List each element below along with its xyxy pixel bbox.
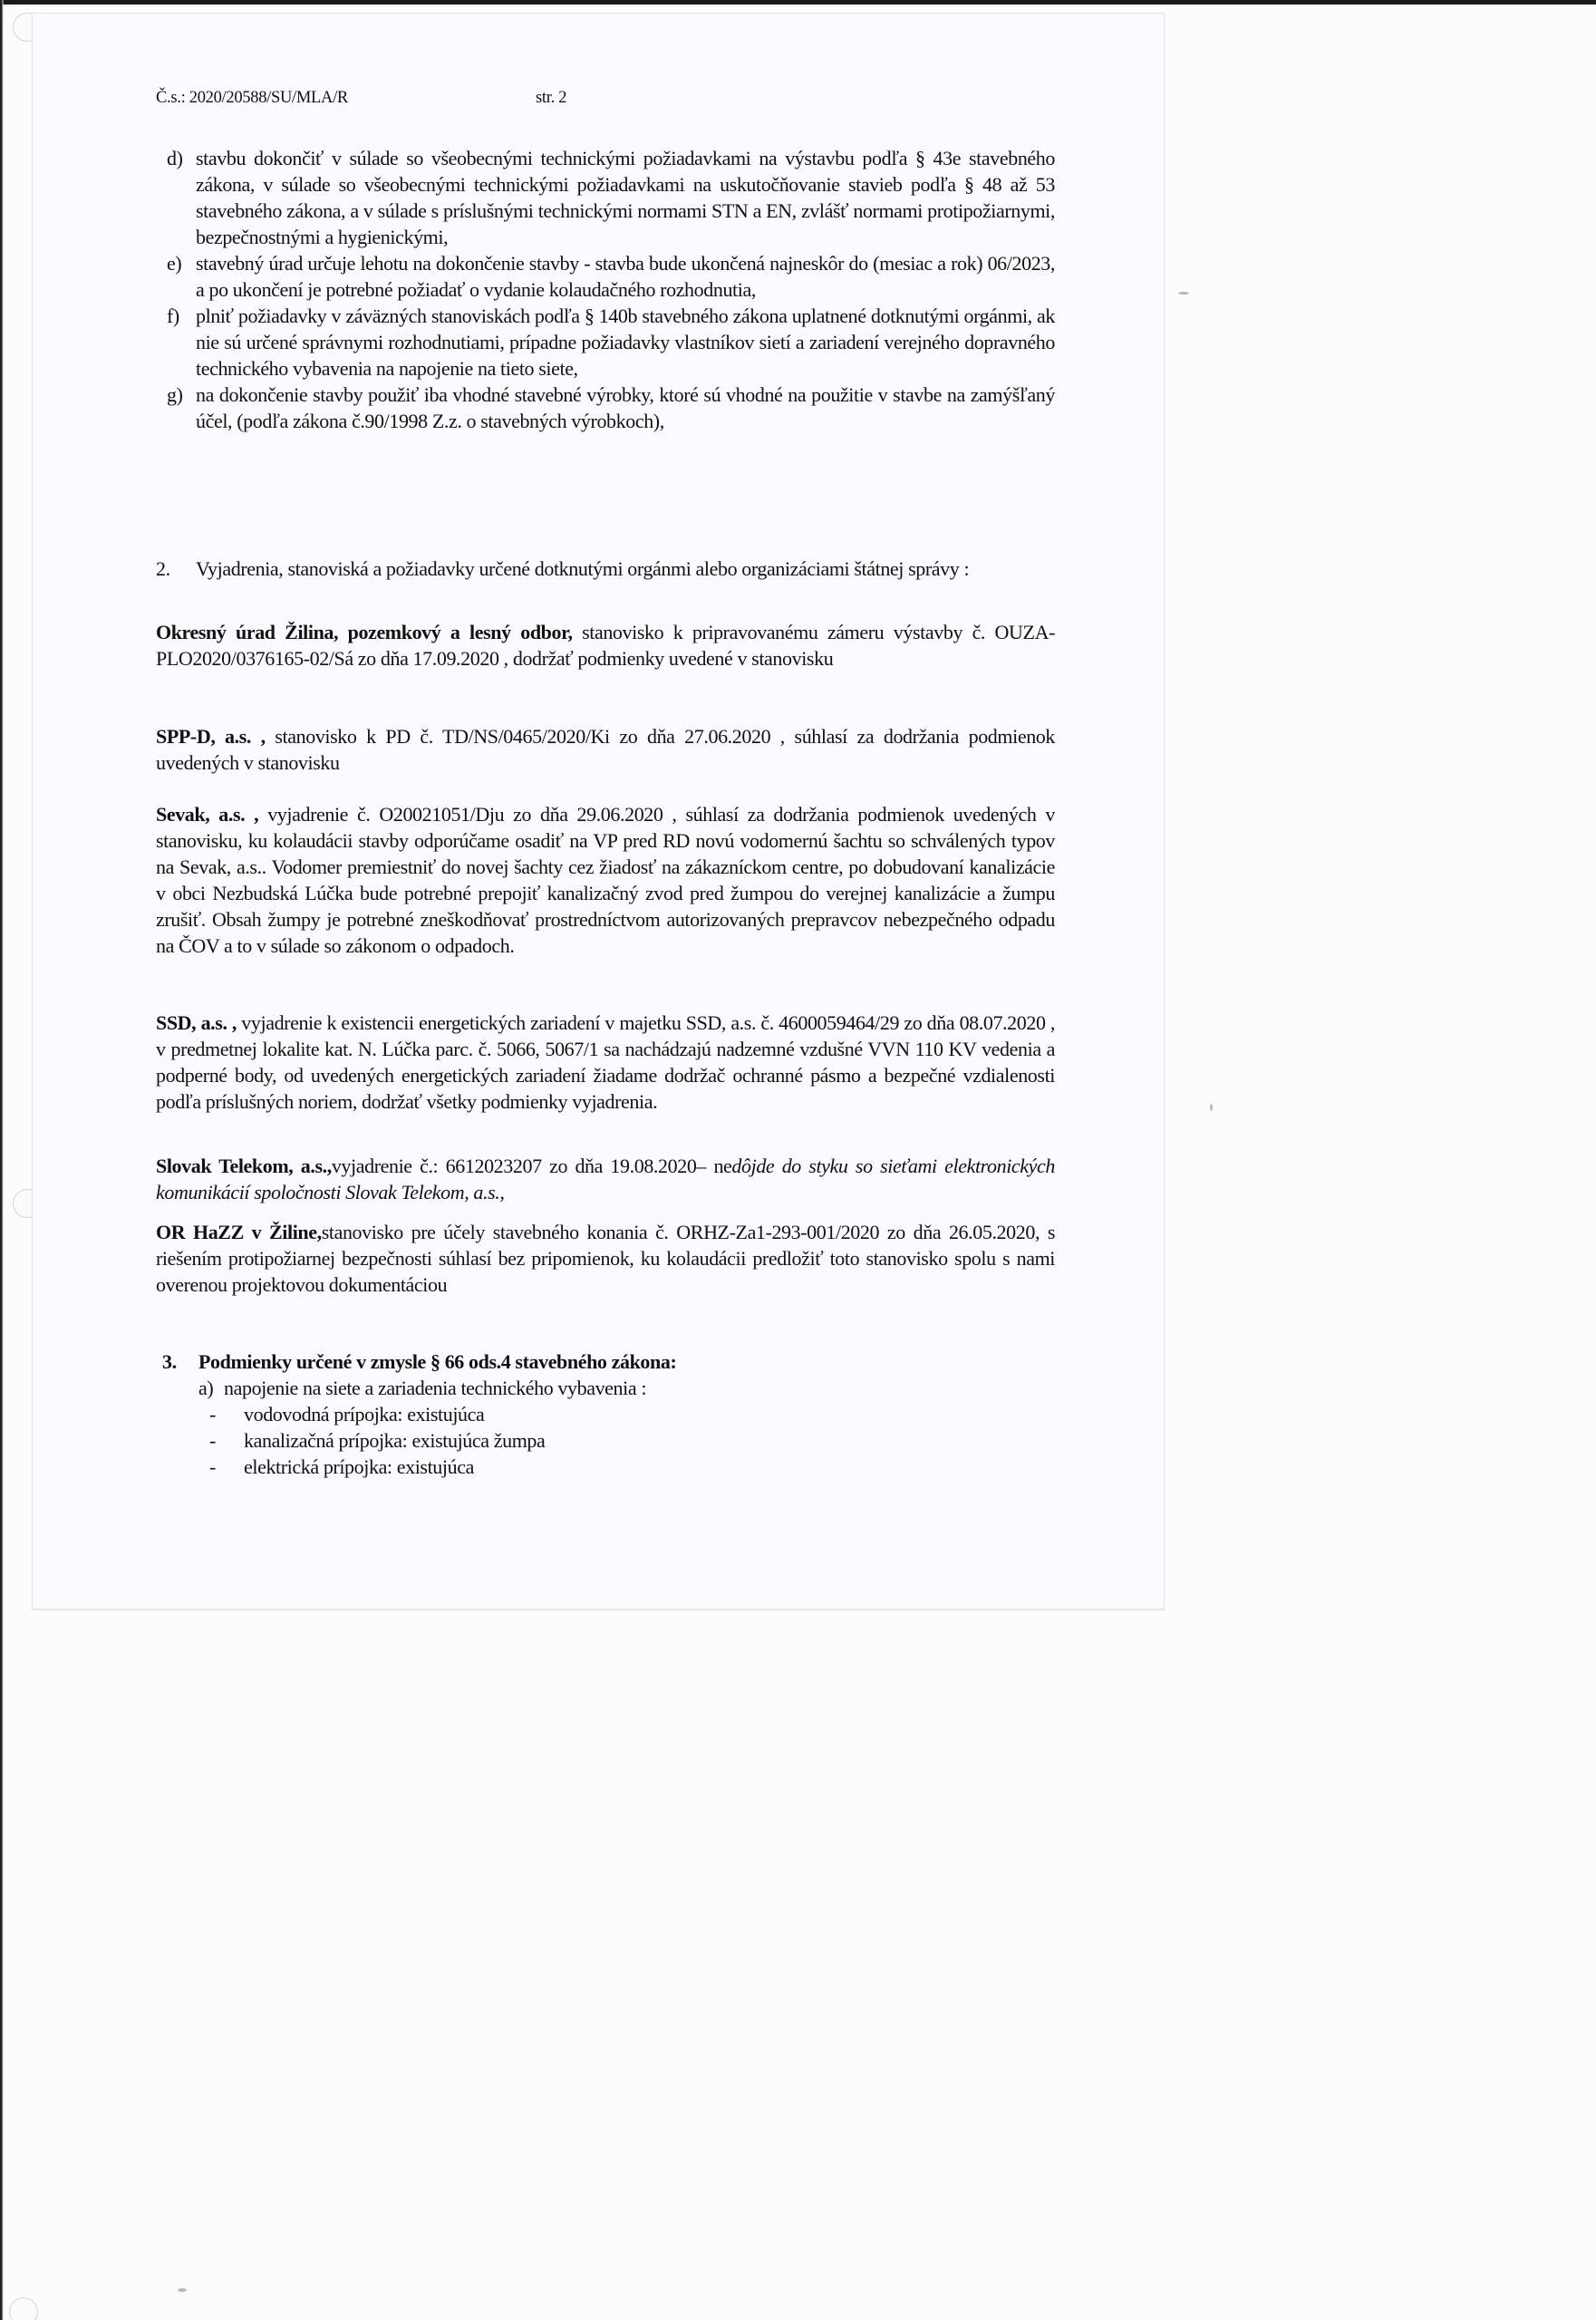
statement-text: vyjadrenie č.: 6612023207 zo dňa 19.08.2… — [332, 1155, 732, 1177]
dash-bullet: - — [209, 1454, 216, 1480]
statement-okresny-urad: Okresný úrad Žilina, pozemkový a lesný o… — [156, 619, 1055, 672]
section-2-heading: 2. Vyjadrenia, stanoviská a požiadavky u… — [156, 556, 1055, 582]
document-page: Č.s.: 2020/20588/SU/MLA/R str. 2 d) stav… — [32, 13, 1165, 1609]
list-item: - elektrická prípojka: existujúca — [209, 1454, 978, 1480]
conditions-list: d) stavbu dokončiť v súlade so všeobecný… — [167, 145, 1055, 434]
condition-item-g: g) na dokončenie stavby použiť iba vhodn… — [167, 382, 1055, 434]
condition-item-d: d) stavbu dokončiť v súlade so všeobecný… — [167, 145, 1055, 250]
section-2-item: 2. Vyjadrenia, stanoviská a požiadavky u… — [156, 556, 1055, 582]
statement-org: Sevak, a.s. , — [156, 803, 258, 826]
list-item-text: elektrická prípojka: existujúca — [244, 1455, 474, 1478]
statement-org: SPP-D, a.s. , — [156, 725, 266, 748]
condition-text: plniť požiadavky v záväzných stanoviskác… — [196, 303, 1055, 382]
section-title: Vyjadrenia, stanoviská a požiadavky urče… — [196, 556, 1055, 582]
scan-speck — [1210, 1104, 1213, 1111]
condition-item-e: e) stavebný úrad určuje lehotu na dokonč… — [167, 250, 1055, 303]
subitem-marker: a) — [198, 1375, 213, 1401]
condition-text: stavbu dokončiť v súlade so všeobecnými … — [196, 145, 1055, 250]
condition-marker: f) — [167, 303, 179, 329]
scanner-left-edge — [0, 0, 4, 2320]
statement-org: SSD, a.s. , — [156, 1011, 237, 1034]
section-title: Podmienky určené v zmysle § 66 ods.4 sta… — [198, 1348, 978, 1375]
punch-hole-bottom — [9, 2297, 38, 2320]
statement-or-hazz: OR HaZZ v Žiline,stanovisko pre účely st… — [156, 1219, 1055, 1298]
section-3: 3. Podmienky určené v zmysle § 66 ods.4 … — [162, 1348, 978, 1480]
condition-text: stavebný úrad určuje lehotu na dokončeni… — [196, 250, 1055, 303]
list-item: - kanalizačná prípojka: existujúca žumpa — [209, 1427, 978, 1454]
scan-speck — [1178, 292, 1189, 295]
section-number: 2. — [156, 556, 170, 582]
condition-marker: d) — [167, 145, 183, 171]
condition-marker: e) — [167, 250, 181, 276]
section-3-heading: 3. Podmienky určené v zmysle § 66 ods.4 … — [162, 1348, 978, 1375]
condition-item-f: f) plniť požiadavky v záväzných stanovis… — [167, 303, 1055, 382]
page-number: str. 2 — [536, 89, 566, 108]
statement-org: Okresný úrad Žilina, pozemkový a lesný o… — [156, 621, 573, 643]
statement-org: OR HaZZ v Žiline, — [156, 1221, 322, 1243]
statement-org: Slovak Telekom, a.s., — [156, 1155, 332, 1177]
condition-marker: g) — [167, 382, 183, 408]
statement-slovak-telekom: Slovak Telekom, a.s.,vyjadrenie č.: 6612… — [156, 1153, 1055, 1205]
list-item-text: vodovodná prípojka: existujúca — [244, 1403, 484, 1426]
statement-text: vyjadrenie č. O20021051/Dju zo dňa 29.06… — [156, 803, 1055, 957]
statement-sevak: Sevak, a.s. , vyjadrenie č. O20021051/Dj… — [156, 801, 1055, 959]
statement-spp-d: SPP-D, a.s. , stanovisko k PD č. TD/NS/0… — [156, 723, 1055, 776]
statement-text: vyjadrenie k existencii energetických za… — [156, 1011, 1055, 1113]
subitem-title: napojenie na siete a zariadenia technick… — [224, 1375, 978, 1401]
utility-connections-list: - vodovodná prípojka: existujúca - kanal… — [209, 1401, 978, 1480]
list-item-text: kanalizačná prípojka: existujúca žumpa — [244, 1429, 545, 1452]
condition-text: na dokončenie stavby použiť iba vhodné s… — [196, 382, 1055, 434]
scan-speck — [178, 2288, 187, 2292]
statement-text: stanovisko k PD č. TD/NS/0465/2020/Ki zo… — [156, 725, 1055, 774]
section-3-subitem-a: a) napojenie na siete a zariadenia techn… — [198, 1375, 978, 1401]
section-number: 3. — [162, 1348, 177, 1375]
statement-ssd: SSD, a.s. , vyjadrenie k existencii ener… — [156, 1010, 1055, 1115]
dash-bullet: - — [209, 1401, 216, 1427]
list-item: - vodovodná prípojka: existujúca — [209, 1401, 978, 1427]
dash-bullet: - — [209, 1427, 216, 1454]
document-reference-number: Č.s.: 2020/20588/SU/MLA/R — [156, 89, 348, 108]
scanner-top-edge — [0, 0, 1596, 5]
